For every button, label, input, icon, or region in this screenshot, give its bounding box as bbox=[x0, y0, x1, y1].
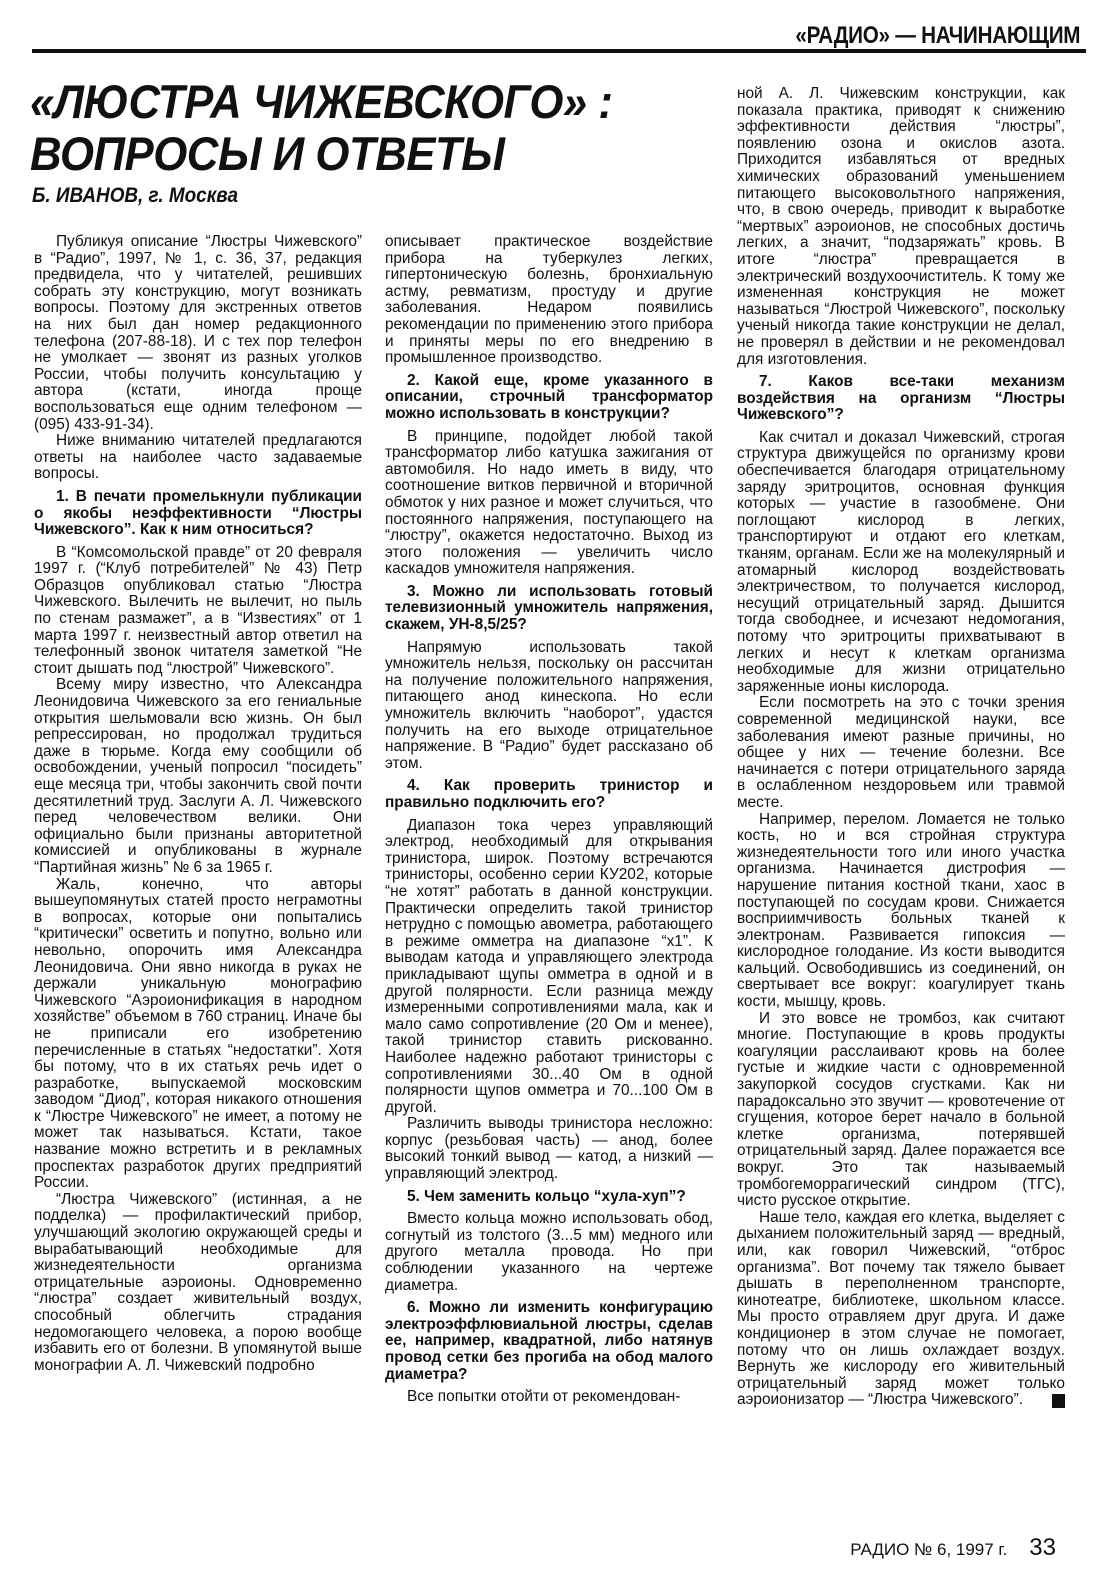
page-number: 33 bbox=[1029, 1534, 1056, 1562]
paragraph: Все попытки отойти от рекомендован- bbox=[385, 1389, 713, 1406]
paragraph: В принципе, подойдет любой такой трансфо… bbox=[385, 429, 713, 578]
end-of-article-mark bbox=[1052, 1394, 1065, 1408]
question-heading: 2. Какой еще, кроме указанного в описани… bbox=[385, 373, 713, 423]
paragraph: Вместо кольца можно использовать обод, с… bbox=[385, 1211, 713, 1294]
title-line-2: ВОПРОСЫ И ОТВЕТЫ bbox=[30, 128, 625, 180]
column-1: Публикуя описание “Люстры Чижевского” в … bbox=[34, 234, 362, 1374]
paragraph: Диапазон тока через управляющий электрод… bbox=[385, 818, 713, 1117]
paragraph: Ниже вниманию читателей предлагаются отв… bbox=[34, 433, 362, 483]
section-label: «РАДИО» — НАЧИНАЮЩИМ bbox=[795, 22, 1080, 50]
paragraph: Как считал и доказал Чижевский, строгая … bbox=[737, 430, 1065, 696]
column-3: ной А. Л. Чижевским конструкции, как пок… bbox=[737, 86, 1065, 1409]
question-heading: 6. Можно ли изменить конфигурацию электр… bbox=[385, 1300, 713, 1383]
issue-label: РАДИО № 6, 1997 г. bbox=[850, 1540, 1007, 1560]
page-footer: РАДИО № 6, 1997 г. 33 bbox=[850, 1534, 1056, 1562]
paragraph: Различить выводы тринистора несложно: ко… bbox=[385, 1116, 713, 1182]
question-heading: 5. Чем заменить кольцо “хула-хуп”? bbox=[385, 1189, 713, 1206]
author-byline: Б. ИВАНОВ, г. Москва bbox=[32, 184, 238, 208]
title-line-1: «ЛЮСТРА ЧИЖЕВСКОГО» : bbox=[30, 76, 625, 128]
question-heading: 4. Как проверить тринистор и правильно п… bbox=[385, 778, 713, 811]
question-heading: 7. Каков все-таки механизм воздействия н… bbox=[737, 374, 1065, 424]
article-title: «ЛЮСТРА ЧИЖЕВСКОГО» : ВОПРОСЫ И ОТВЕТЫ bbox=[30, 76, 625, 180]
paragraph: ной А. Л. Чижевским конструкции, как пок… bbox=[737, 86, 1065, 368]
paragraph: Жаль, конечно, что авторы вышеупомянутых… bbox=[34, 877, 362, 1192]
paragraph: И это вовсе не тромбоз, как считают мног… bbox=[737, 1011, 1065, 1210]
column-2: описывает практическое воздействие прибо… bbox=[385, 234, 713, 1406]
paragraph: “Люстра Чижевского” (истинная, а не подд… bbox=[34, 1192, 362, 1375]
paragraph: Например, перелом. Ломается не только ко… bbox=[737, 812, 1065, 1011]
header-rule bbox=[32, 49, 1086, 53]
paragraph: В “Комсомольской правде” от 20 февраля 1… bbox=[34, 545, 362, 678]
paragraph: описывает практическое воздействие прибо… bbox=[385, 234, 713, 367]
paragraph: Напрямую использовать такой умножитель н… bbox=[385, 640, 713, 773]
question-heading: 1. В печати промелькнули публикации о як… bbox=[34, 489, 362, 539]
paragraph: Наше тело, каждая его клетка, выделяет с… bbox=[737, 1210, 1065, 1409]
paragraph: Всему миру известно, что Александра Леон… bbox=[34, 677, 362, 876]
paragraph: Если посмотреть на это с точки зрения со… bbox=[737, 695, 1065, 811]
question-heading: 3. Можно ли использовать готовый телевиз… bbox=[385, 584, 713, 634]
paragraph: Публикуя описание “Люстры Чижевского” в … bbox=[34, 234, 362, 433]
